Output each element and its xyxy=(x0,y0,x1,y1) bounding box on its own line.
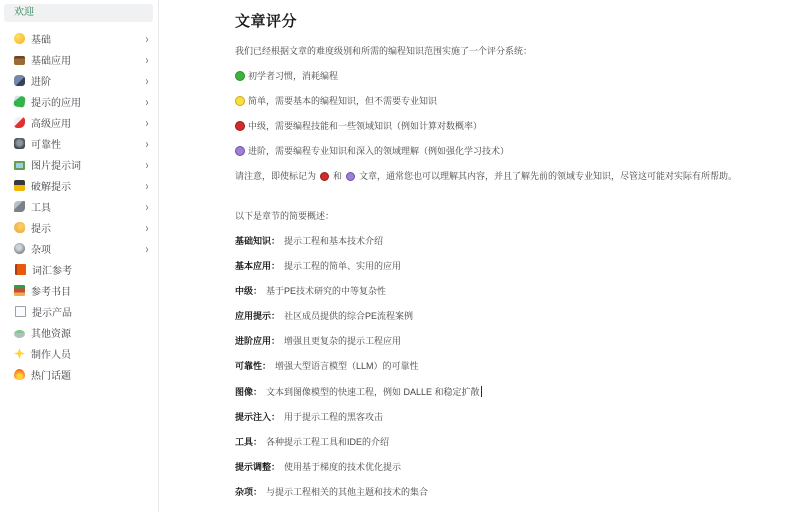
yellow-circle-icon xyxy=(235,96,245,106)
flying-saucer-icon xyxy=(14,330,25,338)
chevron-right-icon: › xyxy=(146,180,149,192)
sidebar-item-welcome[interactable]: 欢迎 xyxy=(4,4,153,22)
fire-icon xyxy=(14,369,25,380)
chevron-right-icon: › xyxy=(146,75,149,87)
page-title: 文章评分 xyxy=(235,10,792,31)
chevron-right-icon: › xyxy=(146,201,149,213)
smiley-face-icon xyxy=(14,33,25,44)
sidebar-item-applied-prompting[interactable]: 提示的应用 › xyxy=(4,91,153,112)
gear-icon xyxy=(14,243,25,254)
test-tube-icon xyxy=(13,95,25,107)
sidebar-item-hot-topics[interactable]: 热门话题 xyxy=(4,364,153,385)
chevron-right-icon: › xyxy=(146,222,149,234)
sidebar-item-basics[interactable]: 基础 › xyxy=(4,28,153,49)
sidebar-item-other-resources[interactable]: 其他资源 xyxy=(4,322,153,343)
rating-easy: 简单，需要基本的编程知识，但不需要专业知识 xyxy=(235,96,792,106)
sidebar-item-credits[interactable]: 制作人员 xyxy=(4,343,153,364)
sidebar-item-bibliography[interactable]: 参考书目 xyxy=(4,280,153,301)
rocket-icon xyxy=(14,117,25,128)
chapter-basic-applications: 基本应用： 提示工程的简单、实用的应用 xyxy=(235,261,792,271)
red-circle-icon xyxy=(320,172,329,181)
red-circle-icon xyxy=(235,121,245,131)
article-content: 文章评分 我们已经根据文章的难度级别和所需的编程知识范围实施了一个评分系统： 初… xyxy=(159,0,800,512)
sidebar-item-advanced-applications[interactable]: 高级应用 › xyxy=(4,112,153,133)
sidebar-item-image-prompting[interactable]: 图片提示词 › xyxy=(4,154,153,175)
app-window: 欢迎 基础 › 基础应用 › 进阶 › 提示的应用 › 高级应用 › 可 xyxy=(0,0,800,512)
text-cursor xyxy=(481,386,482,397)
green-circle-icon xyxy=(235,71,245,81)
note-paragraph: 请注意，即使标记为 和 文章，通常您也可以理解其内容，并且了解先前的领域专业知识… xyxy=(235,171,792,181)
purple-circle-icon xyxy=(346,172,355,181)
sidebar-item-prompted-products[interactable]: 提示产品 xyxy=(4,301,153,322)
framed-picture-icon xyxy=(14,161,25,170)
chapter-applied-prompting: 应用提示： 社区成员提供的综合PE流程案例 xyxy=(235,311,792,321)
sidebar-item-vocab-reference[interactable]: 词汇参考 xyxy=(4,259,153,280)
lock-icon xyxy=(14,180,25,191)
sidebar-item-tooling[interactable]: 工具 › xyxy=(4,196,153,217)
chapters-intro: 以下是章节的简要概述： xyxy=(235,211,792,221)
sparkle-icon xyxy=(14,348,25,359)
chapter-images: 图像： 文本到图像模型的快速工程，例如 DALLE 和稳定扩散 xyxy=(235,386,792,397)
chevron-right-icon: › xyxy=(146,33,149,45)
rating-advanced: 进阶，需要编程专业知识和深入的领域理解（例如强化学习技术） xyxy=(235,146,792,156)
chevron-right-icon: › xyxy=(146,96,149,108)
chapter-advanced-applications: 进阶应用： 增强且更复杂的提示工程应用 xyxy=(235,336,792,346)
sidebar-item-miscellaneous[interactable]: 杂项 › xyxy=(4,238,153,259)
chapter-prompt-injection: 提示注入： 用于提示工程的黑客攻击 xyxy=(235,412,792,422)
robot-icon xyxy=(14,138,25,149)
chevron-right-icon: › xyxy=(146,54,149,66)
chapter-tools: 工具： 各种提示工程工具和IDE的介绍 xyxy=(235,437,792,447)
sidebar: 欢迎 基础 › 基础应用 › 进阶 › 提示的应用 › 高级应用 › 可 xyxy=(0,0,159,512)
chevron-right-icon: › xyxy=(146,138,149,150)
chapter-reliability: 可靠性： 增强大型语言模型（LLM）的可靠性 xyxy=(235,361,792,371)
briefcase-icon xyxy=(14,56,25,65)
chapter-intermediate: 中级： 基于PE技术研究的中等复杂性 xyxy=(235,286,792,296)
chapter-miscellaneous: 杂项： 与提示工程相关的其他主题和技术的集合 xyxy=(235,487,792,497)
wrench-icon xyxy=(14,201,25,212)
rating-intermediate: 中级，需要编程技能和一些领域知识（例如计算对数概率） xyxy=(235,121,792,131)
rating-beginner: 初学者习惯，消耗编程 xyxy=(235,71,792,81)
red-book-icon xyxy=(15,264,26,275)
chevron-right-icon: › xyxy=(146,117,149,129)
intro-paragraph: 我们已经根据文章的难度级别和所需的编程知识范围实施了一个评分系统： xyxy=(235,46,792,56)
books-icon xyxy=(14,285,25,296)
sidebar-item-basic-applications[interactable]: 基础应用 › xyxy=(4,49,153,70)
chevron-right-icon: › xyxy=(146,159,149,171)
sidebar-item-prompt-hacking[interactable]: 破解提示 › xyxy=(4,175,153,196)
chapter-prompt-tuning: 提示调整： 使用基于梯度的技术优化提示 xyxy=(235,462,792,472)
chevron-right-icon: › xyxy=(146,243,149,255)
chapter-basics: 基础知识： 提示工程和基本技术介绍 xyxy=(235,236,792,246)
wizard-icon xyxy=(14,75,25,86)
page-icon xyxy=(15,306,26,317)
sidebar-item-reliability[interactable]: 可靠性 › xyxy=(4,133,153,154)
sidebar-item-prompt-tuning[interactable]: 提示 › xyxy=(4,217,153,238)
sidebar-item-intermediate[interactable]: 进阶 › xyxy=(4,70,153,91)
purple-circle-icon xyxy=(235,146,245,156)
flexed-biceps-icon xyxy=(14,222,25,233)
